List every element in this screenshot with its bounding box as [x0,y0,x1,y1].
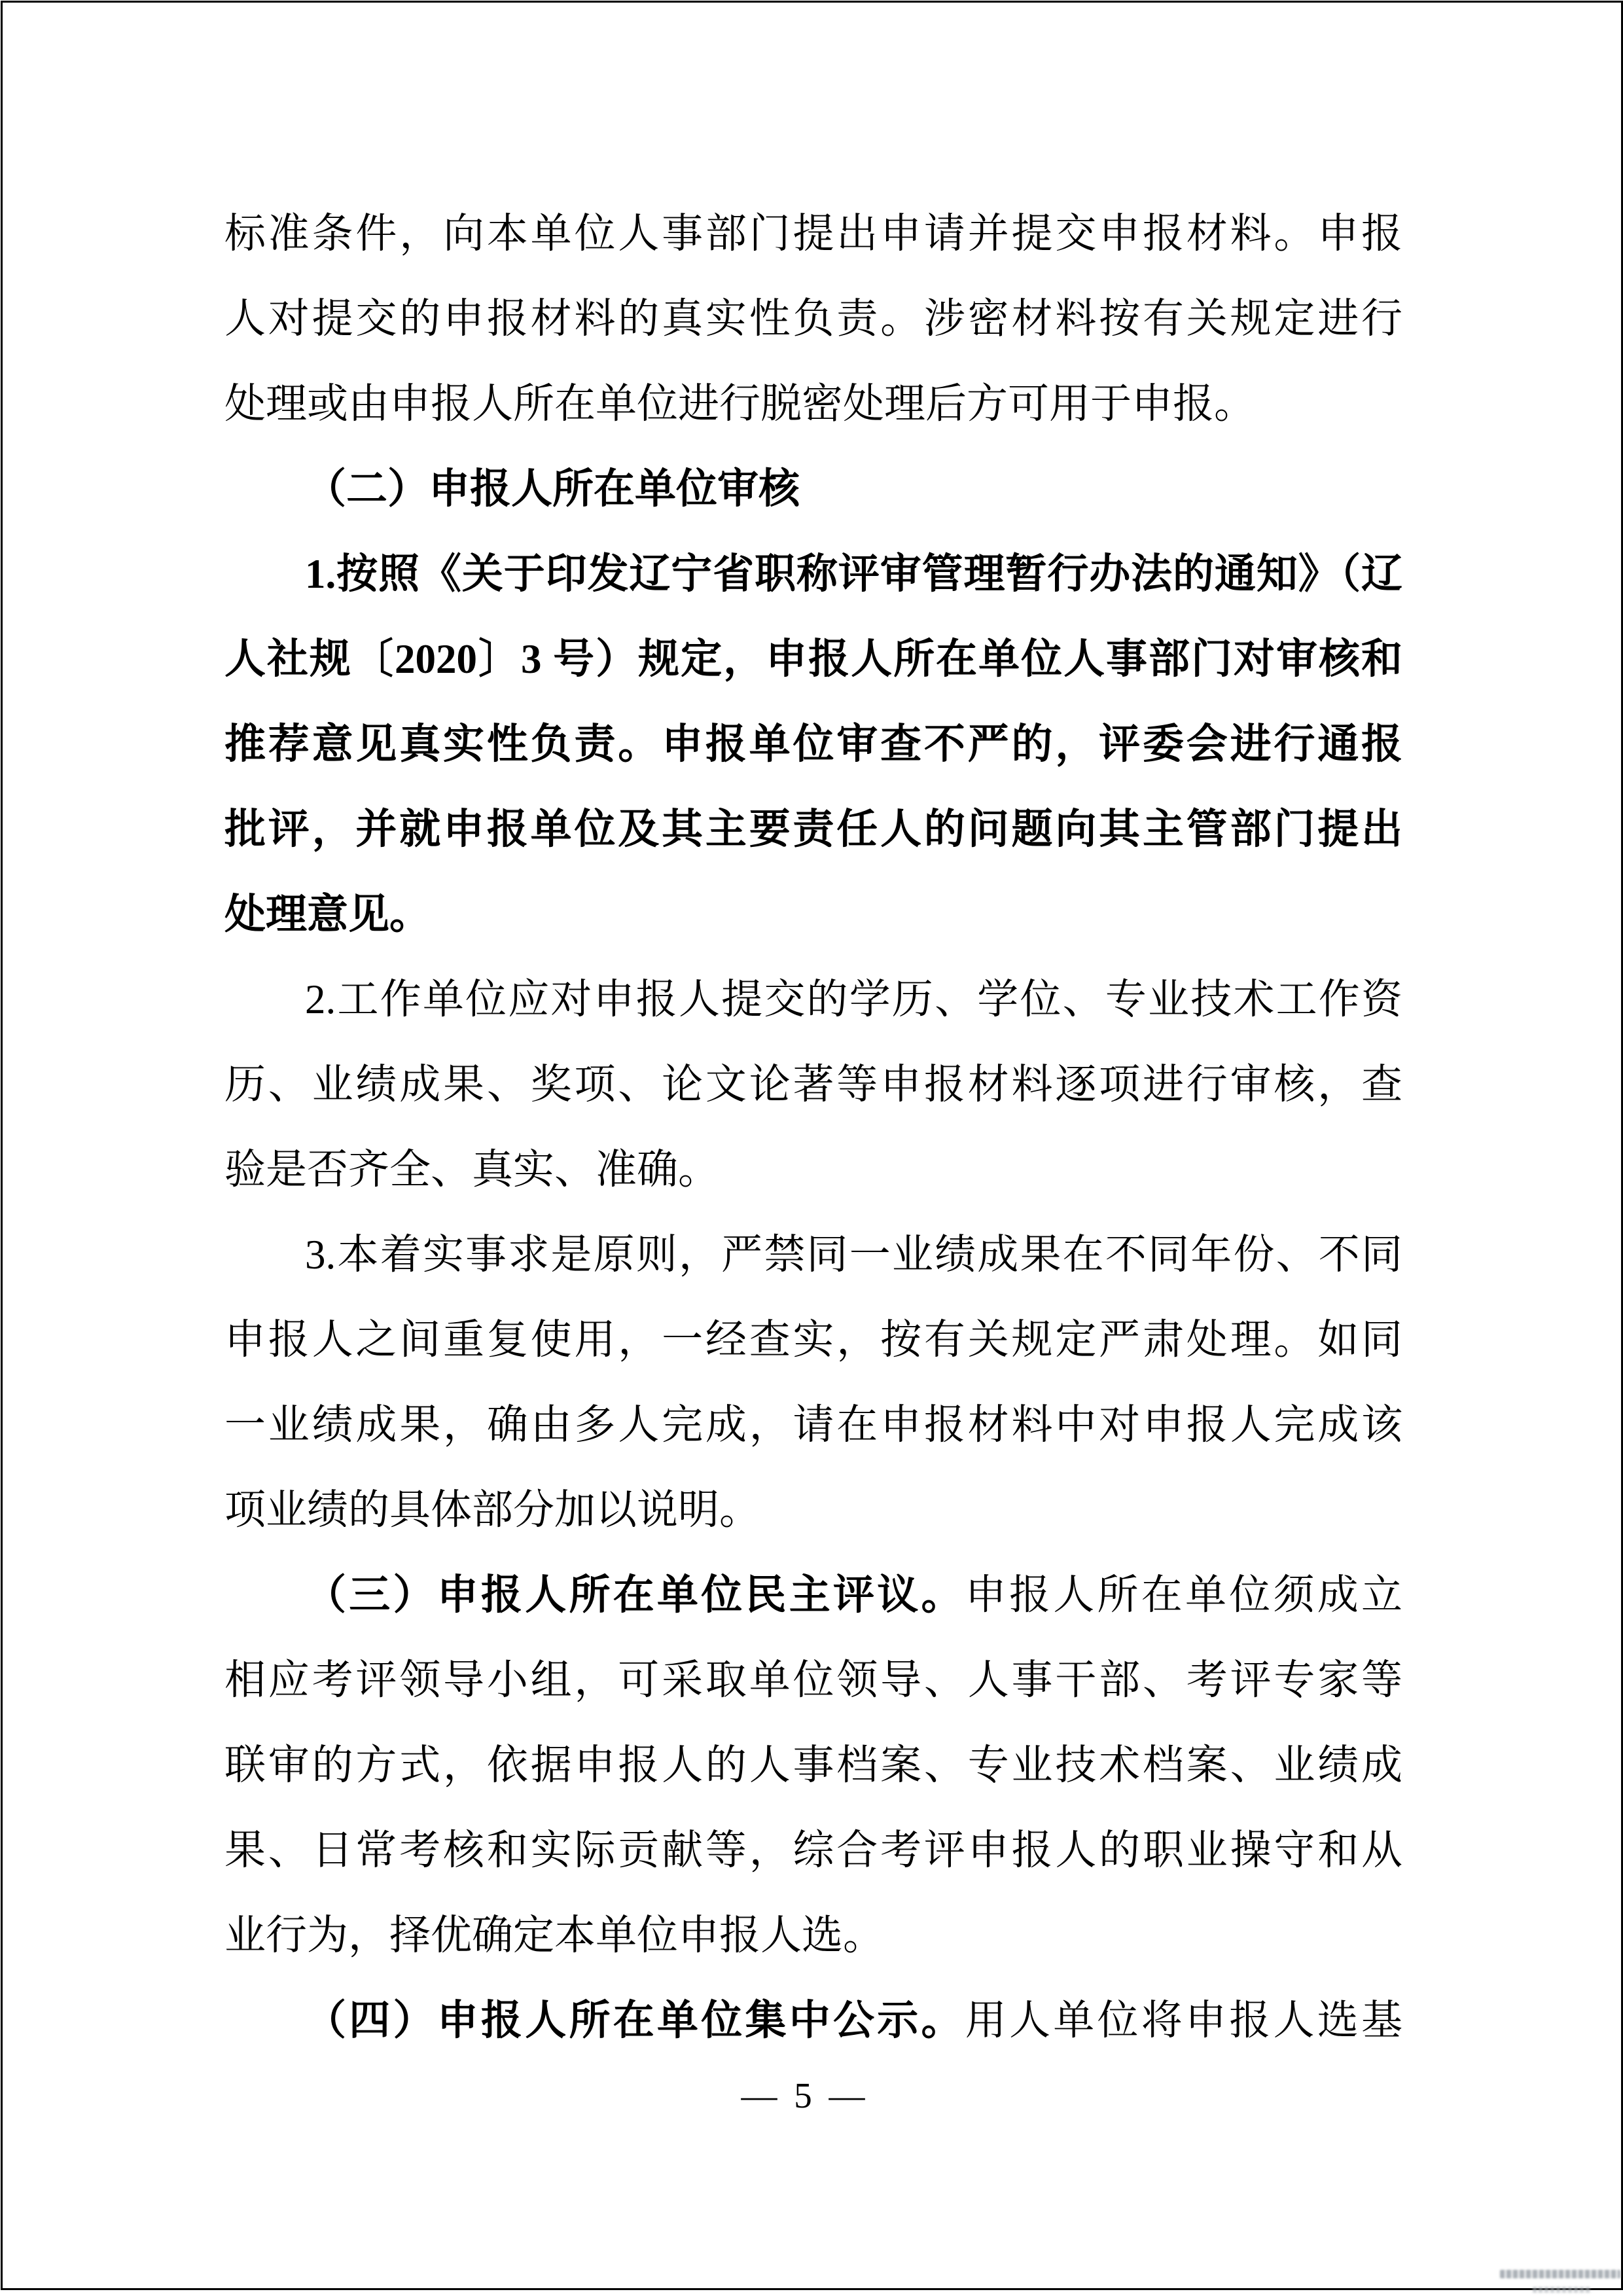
text-line: 项业绩的具体部分加以说明。 [224,1467,1402,1552]
watermark-smudge-icon [1533,2287,1592,2293]
text-line: 一业绩成果，确由多人完成，请在申报材料中对申报人完成该 [224,1382,1402,1467]
text-line: 处理意见。 [224,872,1402,957]
text-line: 3.本着实事求是原则，严禁同一业绩成果在不同年份、不同 [224,1212,1402,1297]
text-run: 用人单位将申报人选基 [965,1998,1402,2043]
text-line: 人社规〔2020〕3 号）规定，申报人所在单位人事部门对审核和 [224,617,1402,702]
text-run: 3.本着实事求是原则，严禁同一业绩成果在不同年份、不同 [305,1232,1402,1278]
text-line: 标准条件，向本单位人事部门提出申请并提交申报材料。申报 [224,191,1402,276]
text-run: 业行为，择优确定本单位申报人选。 [224,1912,884,1958]
watermark-smudge-icon [1500,2270,1620,2278]
text-run: 处理或由申报人所在单位进行脱密处理后方可用于申报。 [224,381,1255,427]
text-run: 项业绩的具体部分加以说明。 [224,1487,760,1533]
text-line: 处理或由申报人所在单位进行脱密处理后方可用于申报。 [224,361,1402,446]
text-run: 人对提交的申报材料的真实性负责。涉密材料按有关规定进行 [224,296,1402,342]
text-run: 一业绩成果，确由多人完成，请在申报材料中对申报人完成该 [224,1402,1402,1448]
text-line: 批评，并就申报单位及其主要责任人的问题向其主管部门提出 [224,787,1402,872]
text-line: 果、日常考核和实际贡献等，综合考评申报人的职业操守和从 [224,1808,1402,1893]
text-run: 申报人所在单位须成立 [965,1572,1402,1618]
text-run: 申报人之间重复使用，一经查实，按有关规定严肃处理。如同 [224,1317,1402,1363]
text-line: （四）申报人所在单位集中公示。用人单位将申报人选基 [224,1978,1402,2063]
text-run: 标准条件，向本单位人事部门提出申请并提交申报材料。申报 [224,211,1402,257]
document-body: 标准条件，向本单位人事部门提出申请并提交申报材料。申报人对提交的申报材料的真实性… [224,191,1402,2063]
text-line: 业行为，择优确定本单位申报人选。 [224,1893,1402,1978]
bold-text-run: 人社规〔2020〕3 号）规定，申报人所在单位人事部门对审核和 [224,636,1402,682]
text-line: （二）申报人所在单位审核 [224,446,1402,531]
text-line: 推荐意见真实性负责。申报单位审查不严的，评委会进行通报 [224,702,1402,787]
text-line: 相应考评领导小组，可采取单位领导、人事干部、考评专家等 [224,1638,1402,1723]
text-run: 相应考评领导小组，可采取单位领导、人事干部、考评专家等 [224,1657,1402,1703]
text-line: 1.按照《关于印发辽宁省职称评审管理暂行办法的通知》（辽 [224,531,1402,617]
bold-text-run: 批评，并就申报单位及其主要责任人的问题向其主管部门提出 [224,806,1402,852]
text-run: 联审的方式，依据申报人的人事档案、专业技术档案、业绩成 [224,1742,1402,1788]
bold-text-run: （二）申报人所在单位审核 [305,466,800,512]
document-page: 标准条件，向本单位人事部门提出申请并提交申报材料。申报人对提交的申报材料的真实性… [0,0,1623,2296]
bold-text-run: 推荐意见真实性负责。申报单位审查不严的，评委会进行通报 [224,721,1402,767]
text-line: （三）申报人所在单位民主评议。申报人所在单位须成立 [224,1552,1402,1638]
text-line: 人对提交的申报材料的真实性负责。涉密材料按有关规定进行 [224,276,1402,361]
bold-text-run: 处理意见。 [224,891,431,937]
bold-text-run: （四）申报人所在单位集中公示。 [305,1998,965,2043]
text-run: 果、日常考核和实际贡献等，综合考评申报人的职业操守和从 [224,1827,1402,1873]
text-run: 2.工作单位应对申报人提交的学历、学位、专业技术工作资 [305,977,1402,1022]
text-line: 申报人之间重复使用，一经查实，按有关规定严肃处理。如同 [224,1297,1402,1382]
text-run: 历、业绩成果、奖项、论文论著等申报材料逐项进行审核，查 [224,1062,1402,1107]
text-line: 历、业绩成果、奖项、论文论著等申报材料逐项进行审核，查 [224,1042,1402,1127]
text-line: 2.工作单位应对申报人提交的学历、学位、专业技术工作资 [224,957,1402,1042]
text-line: 验是否齐全、真实、准确。 [224,1127,1402,1212]
bold-text-run: 1.按照《关于印发辽宁省职称评审管理暂行办法的通知》（辽 [305,551,1402,597]
corner-watermark [1487,2267,1622,2295]
page-number: — 5 — [0,2076,1610,2115]
text-line: 联审的方式，依据申报人的人事档案、专业技术档案、业绩成 [224,1723,1402,1808]
text-run: 验是否齐全、真实、准确。 [224,1147,719,1193]
bold-text-run: （三）申报人所在单位民主评议。 [305,1572,965,1618]
